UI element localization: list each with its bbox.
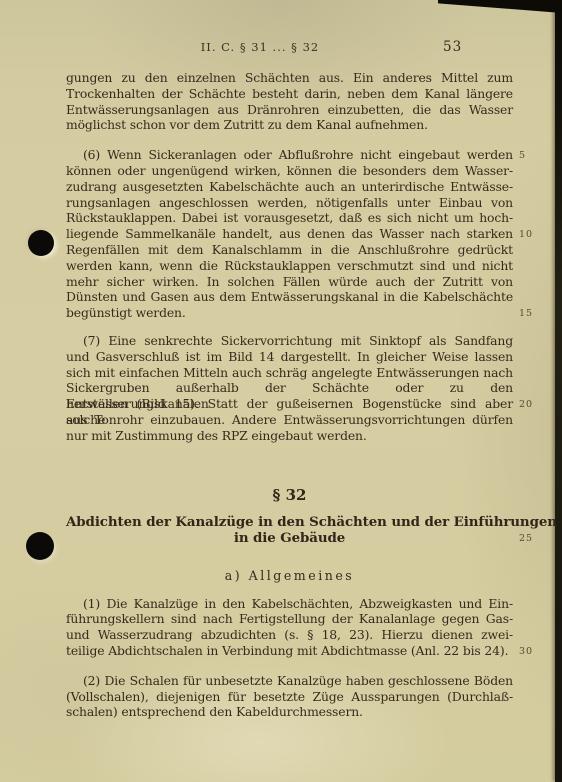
text-row: (2) Die Schalen für unbesetzte Kanalzüge… <box>66 673 513 689</box>
text-row: Entwässerungsanlagen aus Dränrohren einz… <box>66 102 513 118</box>
text-row: führungskellern sind nach Fertigstellung… <box>66 611 513 627</box>
text-line: Dünsten und Gasen aus dem Entwässerungsk… <box>66 289 513 305</box>
text-row: teilige Abdichtschalen in Verbindung mit… <box>66 643 513 659</box>
text-line: Trockenhalten der Schächte besteht darin… <box>66 86 513 102</box>
paragraph-2: (2) Die Schalen für unbesetzte Kanalzüge… <box>66 673 513 720</box>
text-row: Regenfällen mit dem Kanalschlamm in die … <box>66 242 513 258</box>
text-row: möglichst schon vor dem Zutritt zu dem K… <box>66 117 513 133</box>
text-row: zudrang ausgesetzten Kabelschächte auch … <box>66 179 513 195</box>
text-line: (1) Die Kanalzüge in den Kabelschächten,… <box>66 596 513 612</box>
text-row: Sickergruben außerhalb der Schächte oder… <box>66 380 513 396</box>
text-block: gungen zu den einzelnen Schächten aus. E… <box>66 70 513 734</box>
text-row: herstellen (Bild 15). Statt der gußeiser… <box>66 396 513 412</box>
text-line: (Vollschalen), diejenigen für besetzte Z… <box>66 689 513 705</box>
text-line: Entwässerungsanlagen aus Dränrohren einz… <box>66 102 513 118</box>
text-row: aus Tonrohr einzubauen. Andere Entwässer… <box>66 412 513 428</box>
text-row: Dünsten und Gasen aus dem Entwässerungsk… <box>66 289 513 305</box>
text-row: (7) Eine senkrechte Sickervorrichtung mi… <box>66 333 513 349</box>
text-line: sich mit einfachen Mitteln auch schräg a… <box>66 365 513 381</box>
scanned-book-page: II. C. § 31 ... § 32 53 gungen zu den ei… <box>0 0 562 782</box>
text-line: zudrang ausgesetzten Kabelschächte auch … <box>66 179 513 195</box>
text-line: Rückstauklappen. Dabei ist vorausgesetzt… <box>66 210 513 226</box>
text-line: teilige Abdichtschalen in Verbindung mit… <box>66 643 513 659</box>
text-row: nur mit Zustimmung des RPZ eingebaut wer… <box>66 428 513 444</box>
text-line: (2) Die Schalen für unbesetzte Kanalzüge… <box>66 673 513 689</box>
margin-line-number: 15 <box>519 308 543 319</box>
text-line: können oder ungenügend wirken, können di… <box>66 163 513 179</box>
text-row: Rückstauklappen. Dabei ist vorausgesetzt… <box>66 210 513 226</box>
text-row: können oder ungenügend wirken, können di… <box>66 163 513 179</box>
margin-line-number: 30 <box>519 646 543 657</box>
text-line: liegende Sammelkanäle handelt, aus denen… <box>66 226 513 242</box>
text-row: (Vollschalen), diejenigen für besetzte Z… <box>66 689 513 705</box>
text-row: gungen zu den einzelnen Schächten aus. E… <box>66 70 513 86</box>
text-row: und Wasserzudrang abzudichten (s. § 18, … <box>66 627 513 643</box>
text-line: schalen) entsprechend den Kabeldurchmess… <box>66 704 513 720</box>
text-line: Regenfällen mit dem Kanalschlamm in die … <box>66 242 513 258</box>
text-line: gungen zu den einzelnen Schächten aus. E… <box>66 70 513 86</box>
paragraph-continuation: gungen zu den einzelnen Schächten aus. E… <box>66 70 513 133</box>
margin-line-number: 5 <box>519 150 543 161</box>
text-row: Trockenhalten der Schächte besteht darin… <box>66 86 513 102</box>
text-row: rungsanlagen angeschlossen werden, nötig… <box>66 195 513 211</box>
scan-edge-right <box>555 0 562 782</box>
text-row: schalen) entsprechend den Kabeldurchmess… <box>66 704 513 720</box>
section-number-heading: § 32 <box>66 486 513 504</box>
text-line: nur mit Zustimmung des RPZ eingebaut wer… <box>66 428 513 444</box>
paragraph-7: (7) Eine senkrechte Sickervorrichtung mi… <box>66 333 513 444</box>
section-title-line: in die Gebäude <box>66 530 513 547</box>
margin-line-number: 10 <box>519 229 543 240</box>
paragraph-6: (6) Wenn Sickeranlagen oder Abflußrohre … <box>66 147 513 321</box>
margin-line-number: 20 <box>519 399 543 410</box>
text-line: (6) Wenn Sickeranlagen oder Abflußrohre … <box>66 147 513 163</box>
paragraph-1: (1) Die Kanalzüge in den Kabelschächten,… <box>66 596 513 659</box>
text-line: und Wasserzudrang abzudichten (s. § 18, … <box>66 627 513 643</box>
text-line: werden kann, wenn die Rückstauklappen ve… <box>66 258 513 274</box>
margin-line-number: 25 <box>519 533 543 544</box>
text-row: und Gasverschluß ist im Bild 14 dargeste… <box>66 349 513 365</box>
section-title-line: Abdichten der Kanalzüge in den Schächten… <box>66 514 513 531</box>
text-row: (6) Wenn Sickeranlagen oder Abflußrohre … <box>66 147 513 163</box>
page-number: 53 <box>443 39 462 55</box>
punch-hole-top <box>28 230 54 256</box>
text-row: mehr sicher wirken. In solchen Fällen wü… <box>66 274 513 290</box>
text-row: sich mit einfachen Mitteln auch schräg a… <box>66 365 513 381</box>
text-row: werden kann, wenn die Rückstauklappen ve… <box>66 258 513 274</box>
text-line: aus Tonrohr einzubauen. Andere Entwässer… <box>66 412 513 428</box>
text-row: begünstigt werden. 15 <box>66 305 513 321</box>
subsection-heading: a) Allgemeines <box>66 568 513 583</box>
text-line: begünstigt werden. <box>66 305 513 321</box>
text-line: führungskellern sind nach Fertigstellung… <box>66 611 513 627</box>
text-line: möglichst schon vor dem Zutritt zu dem K… <box>66 117 513 133</box>
text-line: (7) Eine senkrechte Sickervorrichtung mi… <box>66 333 513 349</box>
text-line: mehr sicher wirken. In solchen Fällen wü… <box>66 274 513 290</box>
running-title: II. C. § 31 ... § 32 <box>160 40 360 54</box>
text-line: rungsanlagen angeschlossen werden, nötig… <box>66 195 513 211</box>
punch-hole-bottom <box>26 532 54 560</box>
text-row: in die Gebäude 25 <box>66 530 513 547</box>
section-title: Abdichten der Kanalzüge in den Schächten… <box>66 514 513 547</box>
text-line: und Gasverschluß ist im Bild 14 dargeste… <box>66 349 513 365</box>
text-row: (1) Die Kanalzüge in den Kabelschächten,… <box>66 596 513 612</box>
scan-edge-top-corner <box>438 0 562 13</box>
text-row: liegende Sammelkanäle handelt, aus denen… <box>66 226 513 242</box>
